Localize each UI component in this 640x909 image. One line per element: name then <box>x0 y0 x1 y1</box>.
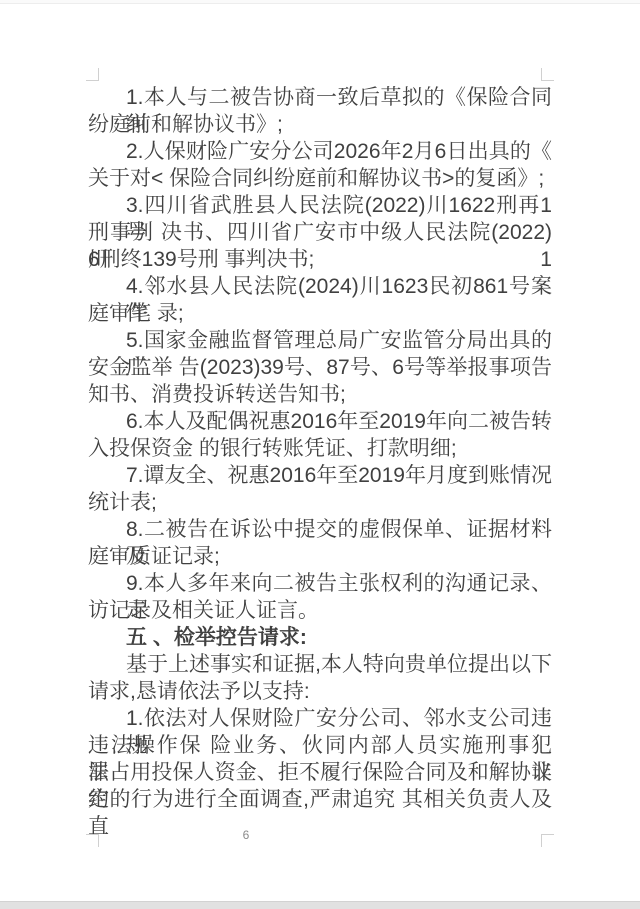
page-bottom-edge <box>0 901 640 909</box>
text-line: 违法操作保 险业务、伙同内部人员实施刑事犯罪、非 <box>88 732 552 759</box>
text-line: 关于对< 保险合同纠纷庭前和解协议书>的复函》; <box>88 165 552 192</box>
crop-mark-top-right <box>541 68 554 81</box>
page-top-edge <box>0 0 640 4</box>
text-line: 法占用投保人资金、拒不履行保险合同及和解协议约 <box>88 759 552 786</box>
text-line: 7.谭友全、祝惠2016年至2019年月度到账情况 <box>88 462 552 489</box>
text-line: 8.二被告在诉讼中提交的虚假保单、证据材料及 <box>88 516 552 543</box>
text-line: 3.四川省武胜县人民法院(2022)川1622刑再1号 <box>88 192 552 219</box>
text-line: 基于上述事实和证据,本人特向贵单位提出以下 <box>88 651 552 678</box>
text-line: 1.依法对人保财险广安分公司、邻水支公司违规 <box>88 705 552 732</box>
text-line: 4.邻水县人民法院(2024)川1623民初861号案件 <box>88 273 552 300</box>
text-line: 9.本人多年来向二被告主张权利的沟通记录、走 <box>88 570 552 597</box>
text-line: 知书、消费投诉转送告知书; <box>88 381 552 408</box>
text-line: 入投保资金 的银行转账凭证、打款明细; <box>88 435 552 462</box>
text-line: 5.国家金融监督管理总局广安监管分局出具的广 <box>88 327 552 354</box>
text-line: 2.人保财险广安分公司2026年2月6日出具的《 <box>88 138 552 165</box>
text-line: 统计表; <box>88 489 552 516</box>
text-line: 6.本人及配偶祝惠2016年至2019年向二被告转 <box>88 408 552 435</box>
text-line: 刑事判 决书、四川省广安市中级人民法院(2022)川1 <box>88 219 552 246</box>
text-line: 庭审笔 录; <box>88 300 552 327</box>
document-body: 1.本人与二被告协商一致后草拟的《保险合同纠纷庭前和解协议书》;2.人保财险广安… <box>88 84 552 813</box>
text-line: 庭审质证记录; <box>88 543 552 570</box>
text-line: 请求,恳请依法予以支持: <box>88 678 552 705</box>
text-line: 定的行为进行全面调查,严肃追究 其相关负责人及直 <box>88 786 552 813</box>
text-line: 纷庭前和解协议书》; <box>88 111 552 138</box>
crop-mark-top-left <box>86 68 99 81</box>
crop-mark-bottom-right <box>541 834 554 847</box>
text-line: 安金监举 告(2023)39号、87号、6号等举报事项告 <box>88 354 552 381</box>
section-heading: 五 、检举控告请求: <box>88 624 552 651</box>
text-line: 1.本人与二被告协商一致后草拟的《保险合同纠 <box>88 84 552 111</box>
text-line: 访记录及相关证人证言。 <box>88 597 552 624</box>
page-number: 6 <box>236 828 256 842</box>
